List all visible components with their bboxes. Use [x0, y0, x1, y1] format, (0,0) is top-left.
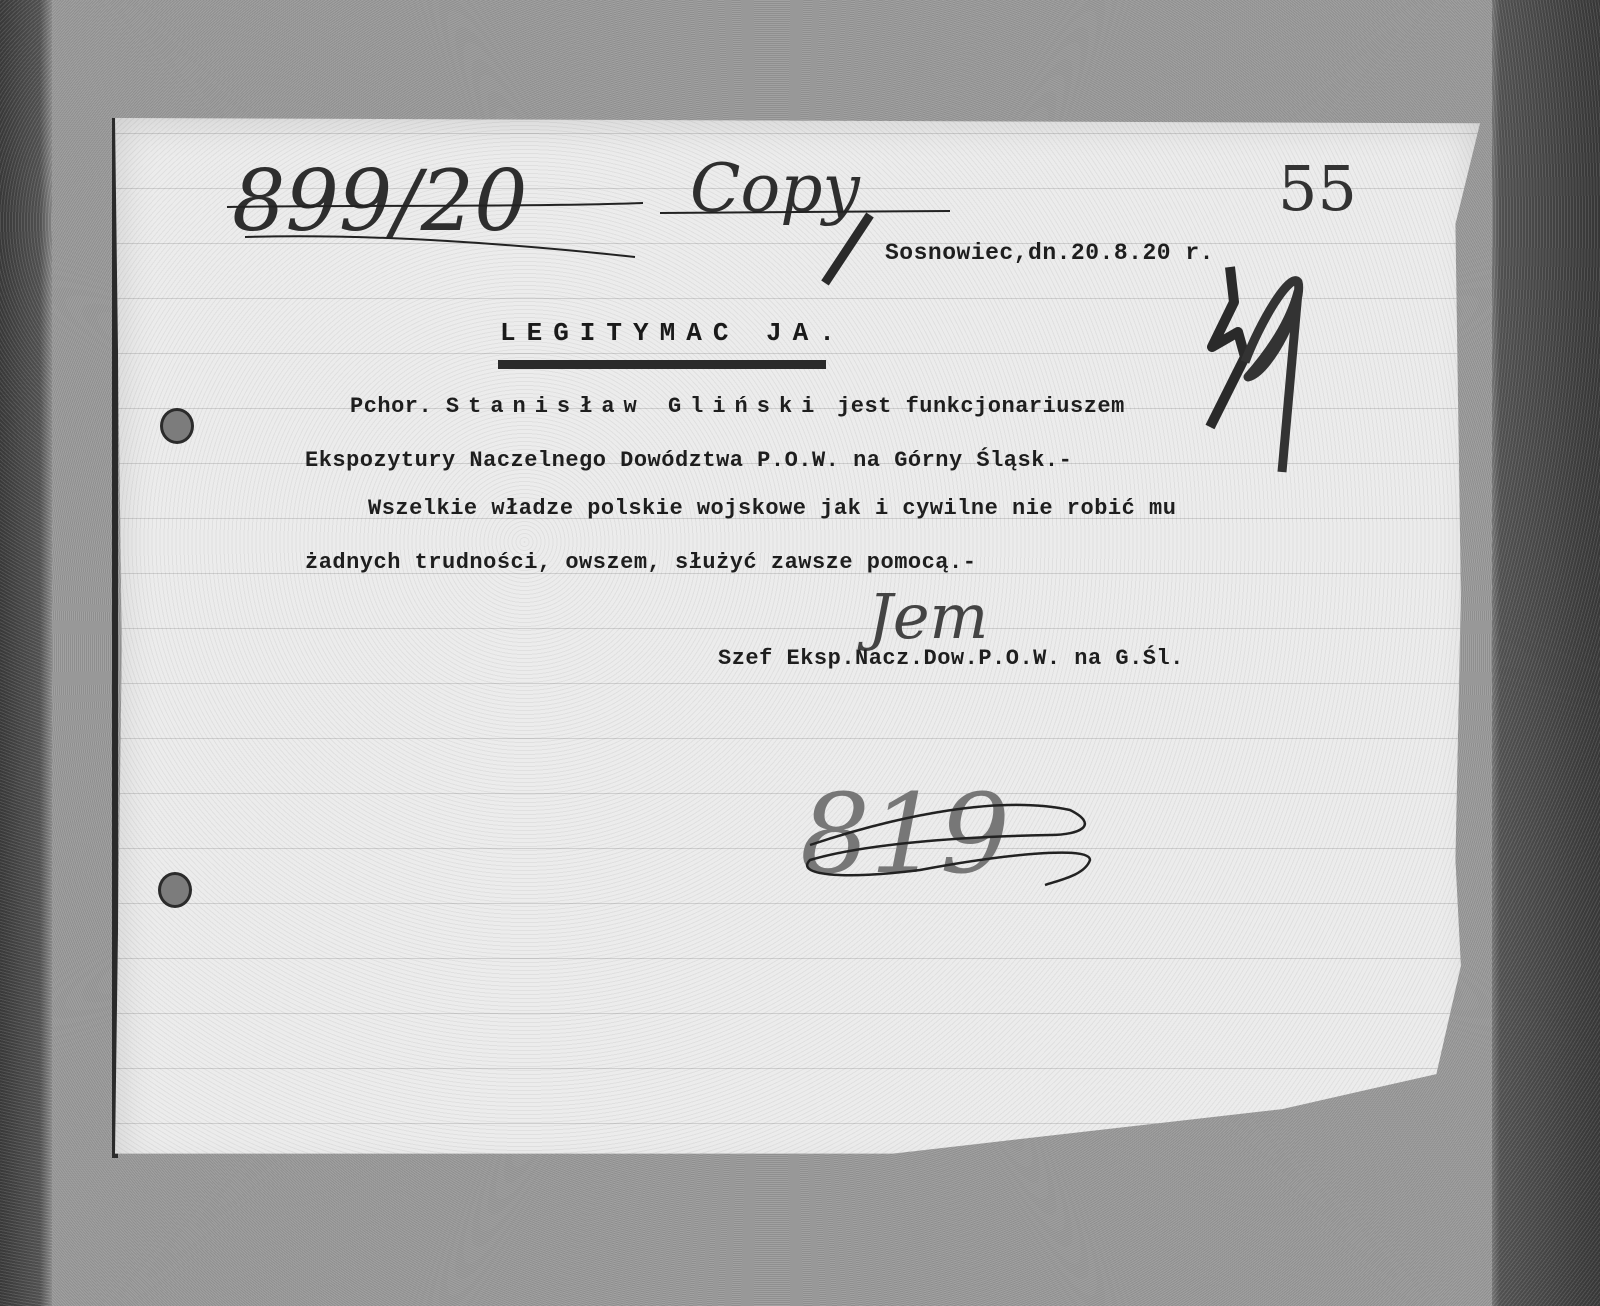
- handwritten-signature: Jem: [868, 580, 988, 653]
- punch-hole-top: [160, 408, 194, 444]
- rank-abbreviation: Pchor.: [350, 394, 432, 419]
- strikethrough-bottom-number: [800, 785, 1100, 895]
- body-line-1: Pchor. Stanisław Gliński jest funkcjonar…: [350, 394, 1125, 419]
- page-number: 55: [1278, 152, 1357, 225]
- body-line-1-suffix: jest funkcjonariuszem: [837, 394, 1125, 419]
- body-line-4: żadnych trudności, owszem, służyć zawsze…: [305, 550, 976, 575]
- body-line-3: Wszelkie władze polskie wojskowe jak i c…: [368, 496, 1176, 521]
- signatory-title: Szef Eksp.Nacz.Dow.P.O.W. na G.Śl.: [718, 646, 1184, 671]
- strikethrough-reference: [225, 195, 645, 265]
- person-name: Stanisław Gliński: [446, 394, 823, 419]
- body-line-2: Ekspozytury Naczelnego Dowództwa P.O.W. …: [305, 448, 1072, 473]
- title-underline: [498, 360, 826, 369]
- place-date: Sosnowiec,dn.20.8.20 r.: [885, 240, 1214, 266]
- document-title: LEGITYMAC JA.: [500, 318, 846, 348]
- folio-number-39: [1200, 262, 1320, 482]
- punch-hole-bottom: [158, 872, 192, 908]
